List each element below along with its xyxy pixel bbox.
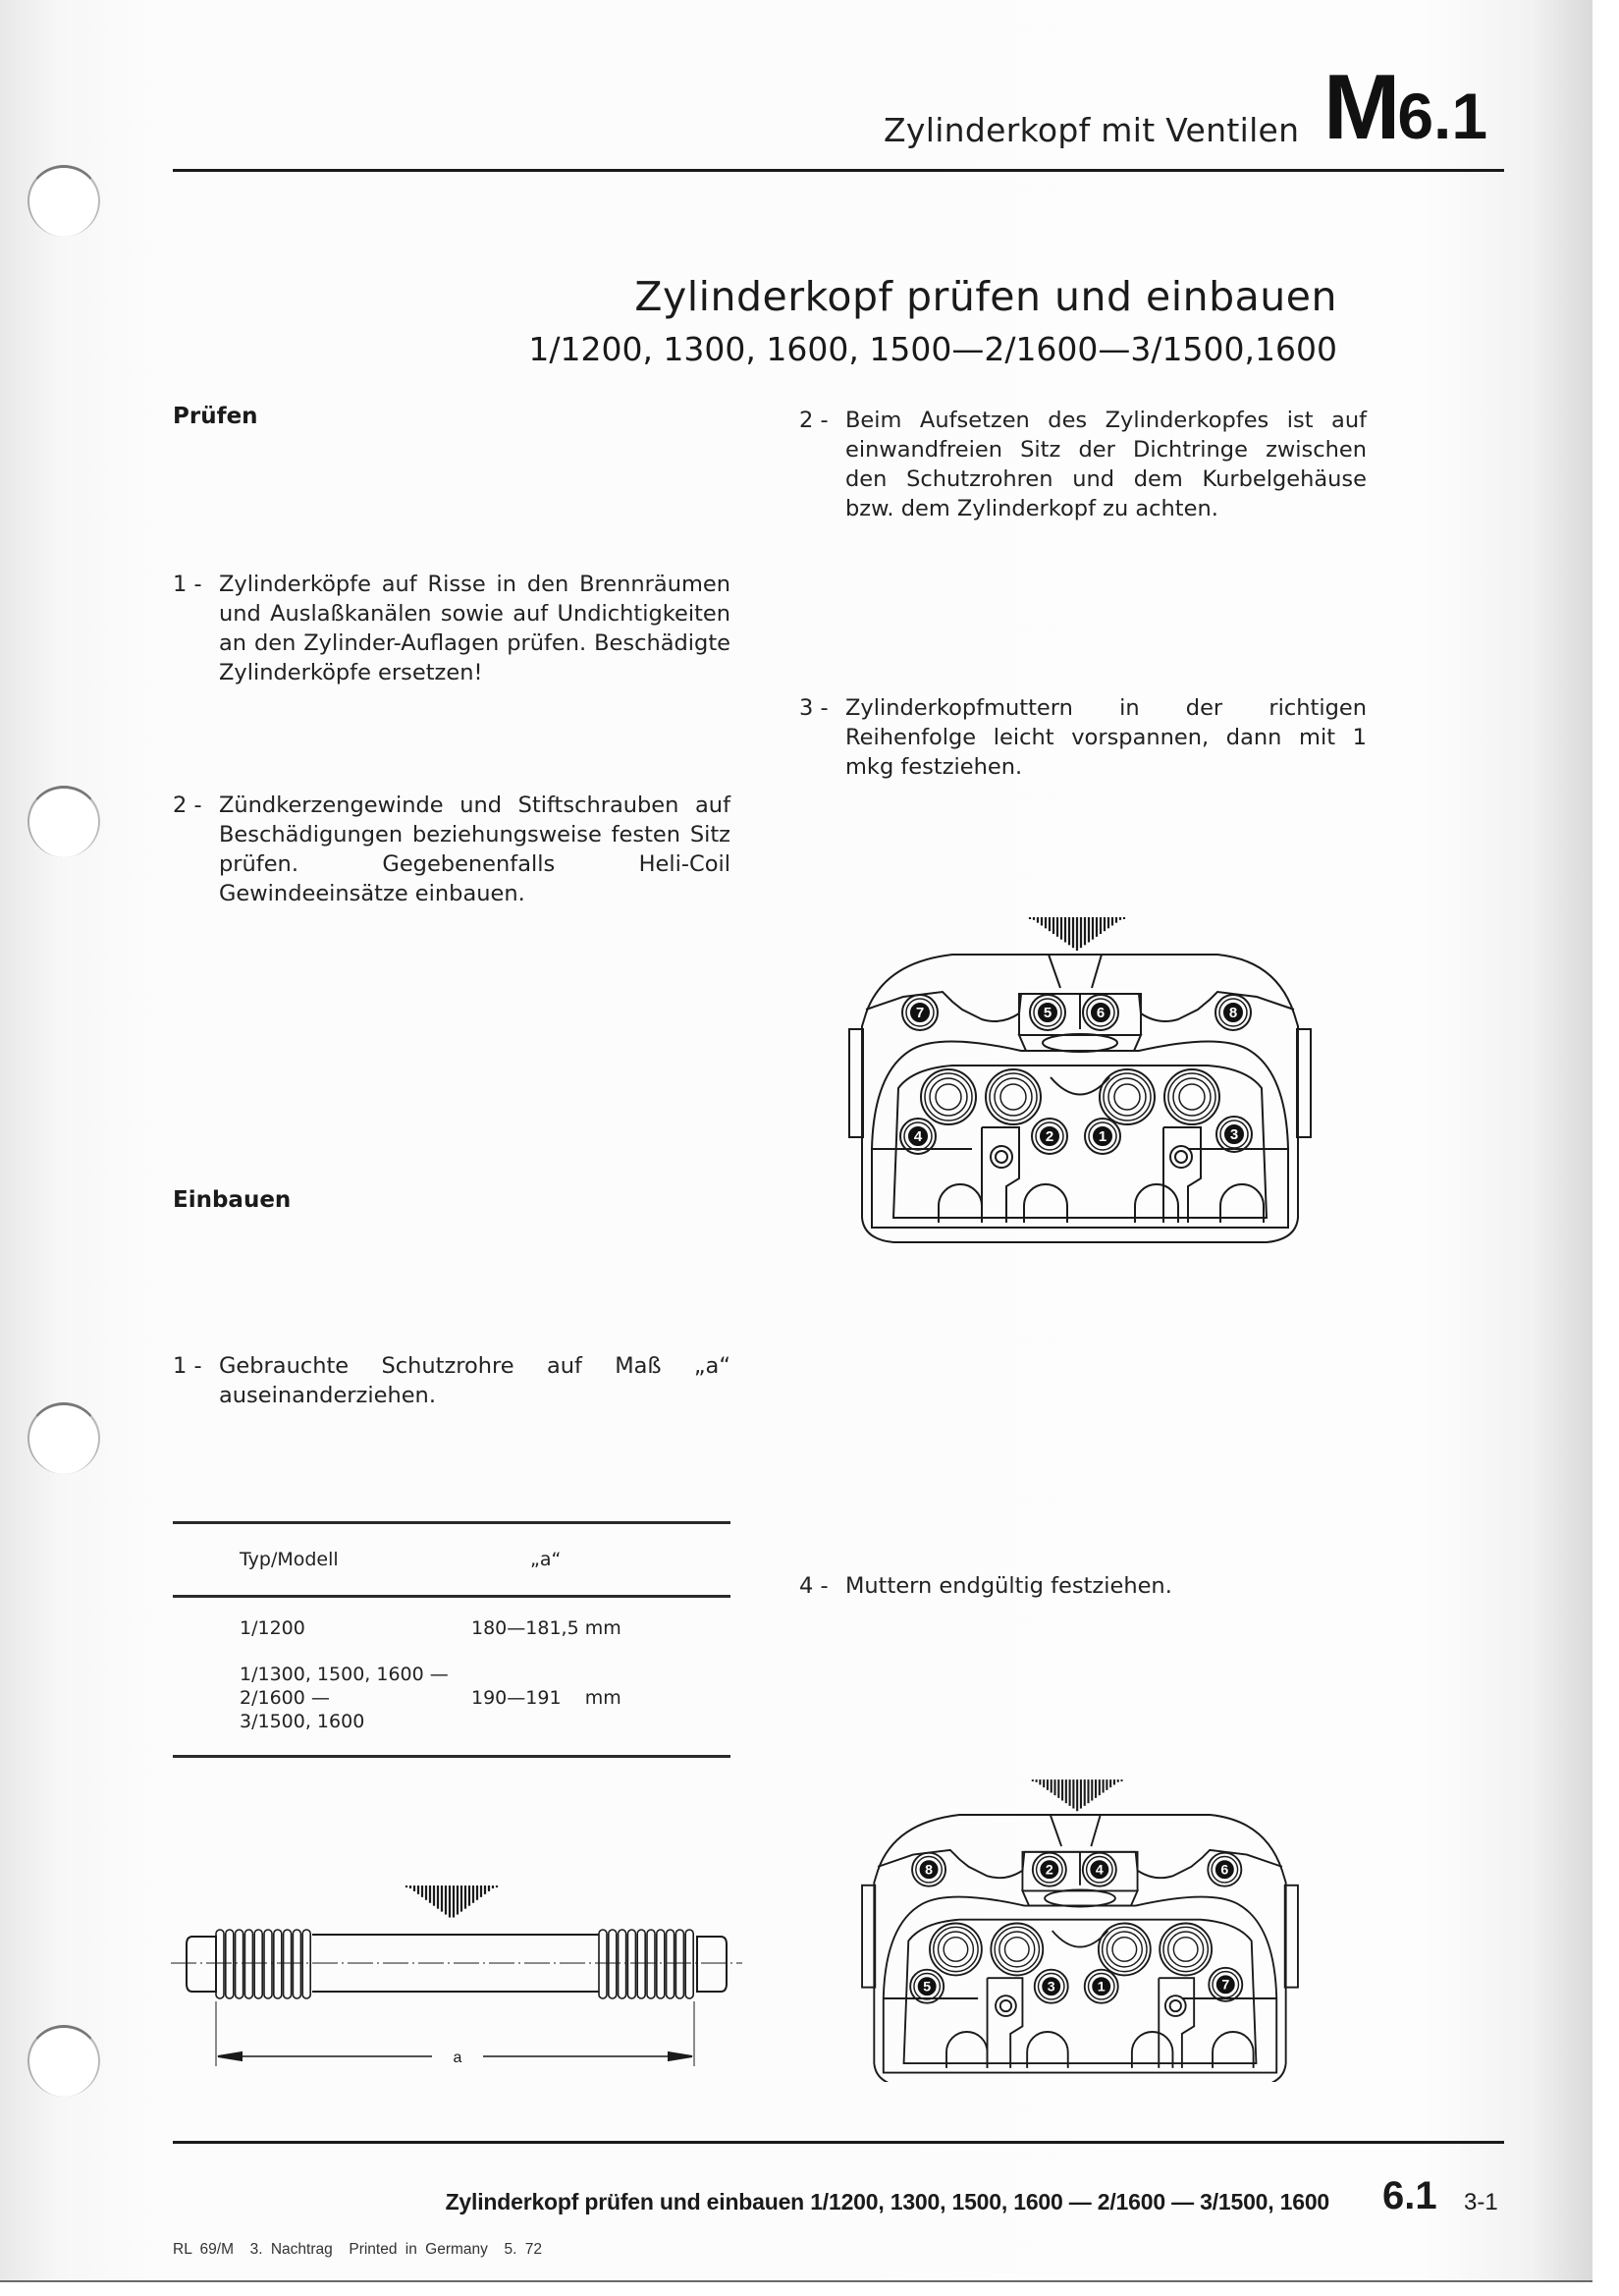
footer-code: 6.1 — [1382, 2174, 1437, 2218]
sequence-number: 3 — [1230, 1126, 1238, 1143]
section-title: Zylinderkopf prüfen und einbauen — [634, 273, 1337, 320]
sequence-number: 8 — [925, 1862, 933, 1878]
footer-rule — [173, 2141, 1504, 2144]
step-text: Beim Aufsetzen des Zylinderkopfes ist au… — [845, 406, 1367, 523]
table-row: 1/1300, 1500, 1600 — 2/1600 — 3/1500, 16… — [173, 1653, 730, 1755]
step-number: 2 - — [799, 406, 845, 523]
cylinder-head-diagram-preliminary: 75684213 — [844, 903, 1316, 1257]
sequence-number: 4 — [914, 1128, 923, 1145]
sequence-number: 5 — [923, 1979, 931, 1995]
sequence-number: 6 — [1220, 1862, 1228, 1878]
step-text: Gebrauchte Schutzrohre auf Maß „a“ ausei… — [219, 1351, 730, 1410]
chapter-code-letter: M — [1323, 55, 1397, 158]
step-text: Zylinderkopfmuttern in der richtigen Rei… — [845, 693, 1367, 782]
manual-page: Zylinderkopf mit Ventilen M6.1 Zylinderk… — [0, 0, 1592, 2282]
sequence-number: 3 — [1048, 1979, 1055, 1995]
chapter-code: M6.1 — [1323, 61, 1487, 153]
section-subtitle: 1/1200, 1300, 1600, 1500—2/1600—3/1500,1… — [528, 330, 1337, 368]
sequence-number: 1 — [1098, 1979, 1106, 1995]
step-text: Zündkerzengewinde und Stiftschrauben auf… — [219, 791, 730, 908]
punch-hole — [27, 786, 100, 857]
punch-hole — [27, 2025, 100, 2097]
heading-pruefen: Prüfen — [173, 404, 258, 429]
einbauen-step-2: 2 - Beim Aufsetzen des Zylinderkopfes is… — [799, 406, 1367, 523]
table-header-row: Typ/Modell „a“ — [173, 1524, 730, 1595]
sequence-number: 4 — [1096, 1862, 1104, 1878]
sequence-number: 8 — [1229, 1005, 1237, 1021]
cylinder-head-diagram-final: 82465317 — [844, 1748, 1316, 2082]
footer-title: Zylinderkopf prüfen und einbauen 1/1200,… — [446, 2189, 1329, 2215]
einbauen-step-3: 3 - Zylinderkopfmuttern in der richtigen… — [799, 693, 1367, 782]
pruefen-step-2: 2 - Zündkerzengewinde und Stiftschrauben… — [173, 791, 730, 908]
table-header-a: „a“ — [471, 1549, 730, 1570]
step-number: 1 - — [173, 570, 219, 687]
dimension-label-a: a — [454, 2050, 462, 2066]
imprint: RL 69/M 3. Nachtrag Printed in Germany 5… — [173, 2241, 542, 2259]
protective-tube-diagram: a — [167, 1866, 746, 2092]
table-rule-bottom — [173, 1755, 730, 1758]
heading-einbauen: Einbauen — [173, 1187, 291, 1213]
table-cell-model-line: 3/1500, 1600 — [240, 1710, 471, 1733]
step-number: 1 - — [173, 1351, 219, 1410]
einbauen-step-4: 4 - Muttern endgültig festziehen. — [799, 1571, 1367, 1601]
einbauen-step-1: 1 - Gebrauchte Schutzrohre auf Maß „a“ a… — [173, 1351, 730, 1410]
pruefen-step-1: 1 - Zylinderköpfe auf Risse in den Brenn… — [173, 570, 730, 687]
dimension-table: Typ/Modell „a“ 1/1200 180—181,5 mm 1/130… — [173, 1521, 730, 1758]
page-number: 3-1 — [1464, 2189, 1498, 2216]
step-text: Zylinderköpfe auf Risse in den Brennräum… — [219, 570, 730, 687]
step-number: 3 - — [799, 693, 845, 782]
sequence-number: 1 — [1099, 1128, 1106, 1145]
step-number: 2 - — [173, 791, 219, 908]
sequence-number: 7 — [1221, 1978, 1229, 1994]
table-row: 1/1200 180—181,5 mm — [173, 1598, 730, 1653]
table-cell-model: 1/1200 — [173, 1617, 471, 1653]
chapter-title: Zylinderkopf mit Ventilen — [884, 111, 1299, 149]
step-number: 4 - — [799, 1571, 845, 1601]
sequence-number: 2 — [1046, 1128, 1053, 1145]
table-cell-model: 1/1300, 1500, 1600 — 2/1600 — 3/1500, 16… — [173, 1663, 471, 1733]
sequence-number: 6 — [1097, 1005, 1105, 1021]
punch-hole — [27, 1402, 100, 1474]
chapter-code-number: 6.1 — [1397, 80, 1487, 152]
sequence-number: 7 — [916, 1005, 924, 1021]
table-cell-value: 190—191 mm — [471, 1687, 730, 1709]
table-cell-model-line: 1/1300, 1500, 1600 — — [240, 1663, 471, 1686]
sequence-number: 5 — [1044, 1005, 1052, 1021]
sequence-number: 2 — [1046, 1862, 1053, 1878]
header-rule — [173, 169, 1504, 172]
table-cell-value: 180—181,5 mm — [471, 1617, 730, 1653]
table-header-model: Typ/Modell — [173, 1549, 471, 1570]
step-text: Muttern endgültig festziehen. — [845, 1571, 1172, 1601]
table-cell-model-line: 2/1600 — — [240, 1686, 471, 1710]
punch-hole — [27, 165, 100, 237]
